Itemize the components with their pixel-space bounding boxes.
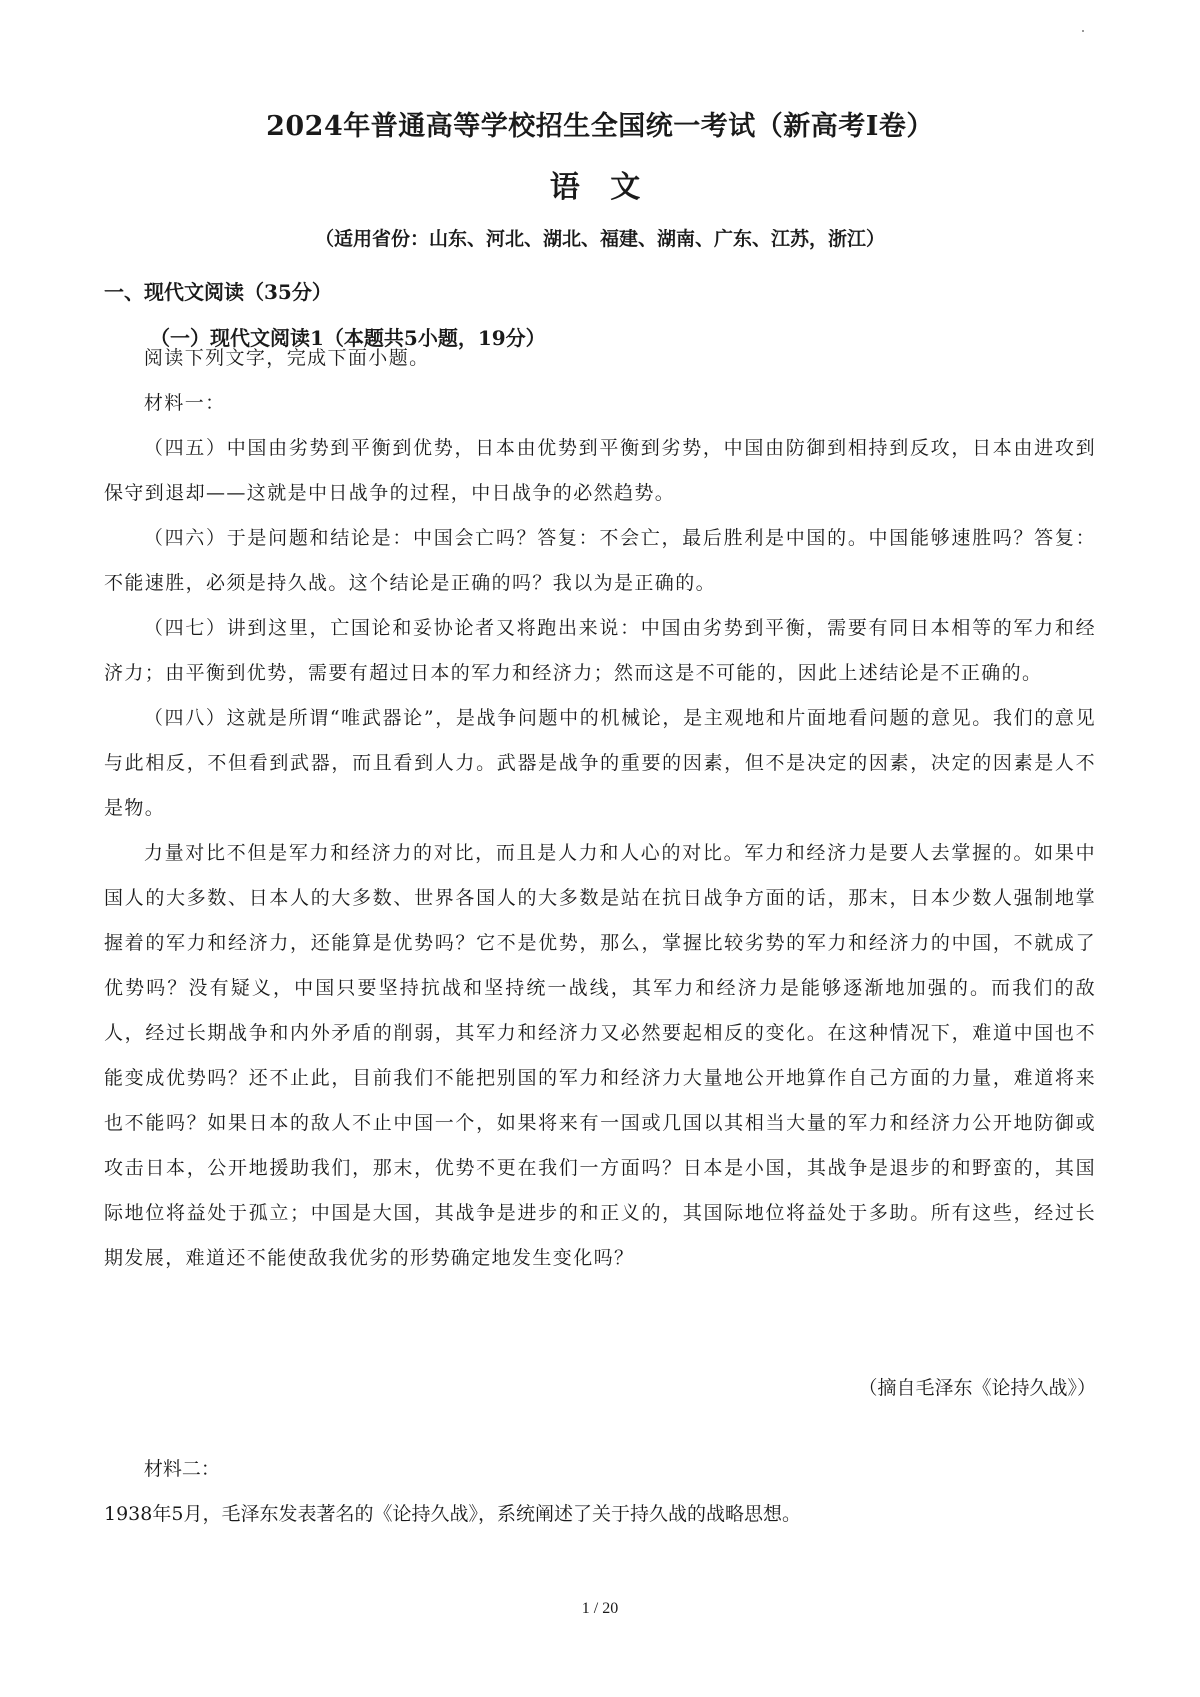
paragraph-48: （四八）这就是所谓“唯武器论”，是战争问题中的机械论，是主观地和片面地看问题的意… <box>104 696 1096 831</box>
instruction: 阅读下列文字，完成下面小题。 <box>104 336 1096 381</box>
source-citation: （摘自毛泽东《论持久战》） <box>858 1373 1096 1400</box>
section-heading: 一、现代文阅读（35分） <box>104 276 332 305</box>
page-number: 1 / 20 <box>0 1600 1200 1618</box>
scan-speck <box>1082 30 1084 32</box>
reading-body: 阅读下列文字，完成下面小题。 材料一： （四五）中国由劣势到平衡到优势，日本由优… <box>104 336 1096 1281</box>
material2-label: 材料二： <box>104 1447 1096 1492</box>
paragraph-46: （四六）于是问题和结论是：中国会亡吗？答复：不会亡，最后胜利是中国的。中国能够速… <box>104 516 1096 606</box>
applicable-provinces: （适用省份：山东、河北、湖北、福建、湖南、广东、江苏，浙江） <box>0 224 1200 251</box>
paragraph-force-comparison: 力量对比不但是军力和经济力的对比，而且是人力和人心的对比。军力和经济力是要人去掌… <box>104 831 1096 1281</box>
exam-title: 2024年普通高等学校招生全国统一考试（新高考Ⅰ卷） <box>0 104 1200 143</box>
subject-title: 语 文 <box>0 162 1200 206</box>
material2-block: 材料二： 1938年5月，毛泽东发表著名的《论持久战》，系统阐述了关于持久战的战… <box>104 1447 1096 1537</box>
paragraph-45: （四五）中国由劣势到平衡到优势，日本由优势到平衡到劣势，中国由防御到相持到反攻，… <box>104 426 1096 516</box>
material1-label: 材料一： <box>104 381 1096 426</box>
material2-text: 1938年5月，毛泽东发表著名的《论持久战》，系统阐述了关于持久战的战略思想。 <box>104 1492 1096 1537</box>
exam-page: 2024年普通高等学校招生全国统一考试（新高考Ⅰ卷） 语 文 （适用省份：山东、… <box>0 0 1200 1697</box>
paragraph-47: （四七）讲到这里，亡国论和妥协论者又将跑出来说：中国由劣势到平衡，需要有同日本相… <box>104 606 1096 696</box>
